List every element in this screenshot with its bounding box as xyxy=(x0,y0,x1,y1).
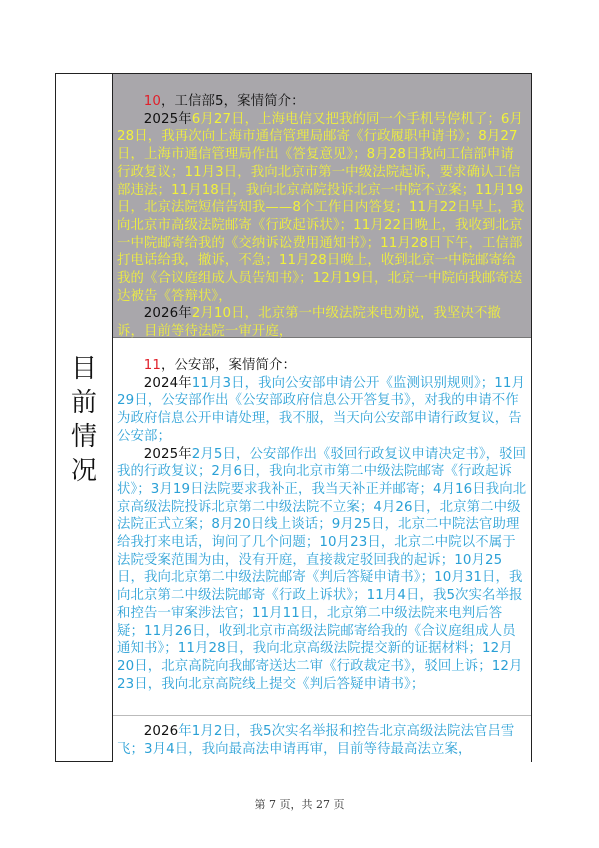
case-title: ，公安部，案情简介： xyxy=(161,358,296,373)
content-cell: 10，工信部5，案情简介： 2025年6月27日，上海电信又把我的同一个手机号停… xyxy=(113,74,531,761)
status-table: 目 前 情 况 10，工信部5，案情简介： 2025年6月27日，上海电信又把我… xyxy=(55,73,532,762)
year-label: 2026年 xyxy=(144,306,192,321)
label-char: 目 xyxy=(56,352,112,386)
year-label: 2025年 xyxy=(144,447,192,462)
case-10-paragraph-2: 2026年2月10日，北京第一中级法院来电劝说，我坚决不撤诉，目前等待法院一审开… xyxy=(117,305,527,340)
case-11-continuation-section: 2026年1月2日，我5次实名举报和控告北京高级法院法官吕雪飞；3月4日，我向最… xyxy=(113,716,531,762)
label-char: 前 xyxy=(56,386,112,420)
year-label: 2025年 xyxy=(144,112,192,127)
case-10-heading: 10，工信部5，案情简介： xyxy=(117,93,527,111)
case-text: 2月5日，公安部作出《驳回行政复议申请决定书》，驳回我的行政复议；2月6日，我向… xyxy=(117,447,526,692)
case-11-heading: 11，公安部，案情简介： xyxy=(117,357,527,375)
case-11-paragraph-1: 2024年11月3日，我向公安部申请公开《监测识别规则》；11月29日，公安部作… xyxy=(117,375,527,446)
case-11-paragraph-2: 2025年2月5日，公安部作出《驳回行政复议申请决定书》，驳回我的行政复议；2月… xyxy=(117,446,527,694)
case-title: ，工信部5，案情简介： xyxy=(161,94,305,109)
case-number: 10 xyxy=(144,94,161,109)
year-label: 2024年 xyxy=(144,376,192,391)
page-footer: 第 7 页，共 27 页 xyxy=(0,796,599,812)
case-10-section: 10，工信部5，案情简介： 2025年6月27日，上海电信又把我的同一个手机号停… xyxy=(113,74,531,338)
row-label-cell: 目 前 情 况 xyxy=(56,74,113,761)
case-11-section: 11，公安部，案情简介： 2024年11月3日，我向公安部申请公开《监测识别规则… xyxy=(113,338,531,716)
case-10-paragraph-1: 2025年6月27日，上海电信又把我的同一个手机号停机了；6月28日，我再次向上… xyxy=(117,111,527,306)
case-number: 11 xyxy=(144,358,161,373)
label-char: 况 xyxy=(56,454,112,488)
label-char: 情 xyxy=(56,420,112,454)
case-text: 6月27日，上海电信又把我的同一个手机号停机了；6月28日，我再次向上海市通信管… xyxy=(117,112,524,304)
year-label: 2026 xyxy=(144,724,178,739)
case-11-paragraph-3: 2026年1月2日，我5次实名举报和控告北京高级法院法官吕雪飞；3月4日，我向最… xyxy=(117,723,527,758)
row-label-current-status: 目 前 情 况 xyxy=(56,352,112,488)
